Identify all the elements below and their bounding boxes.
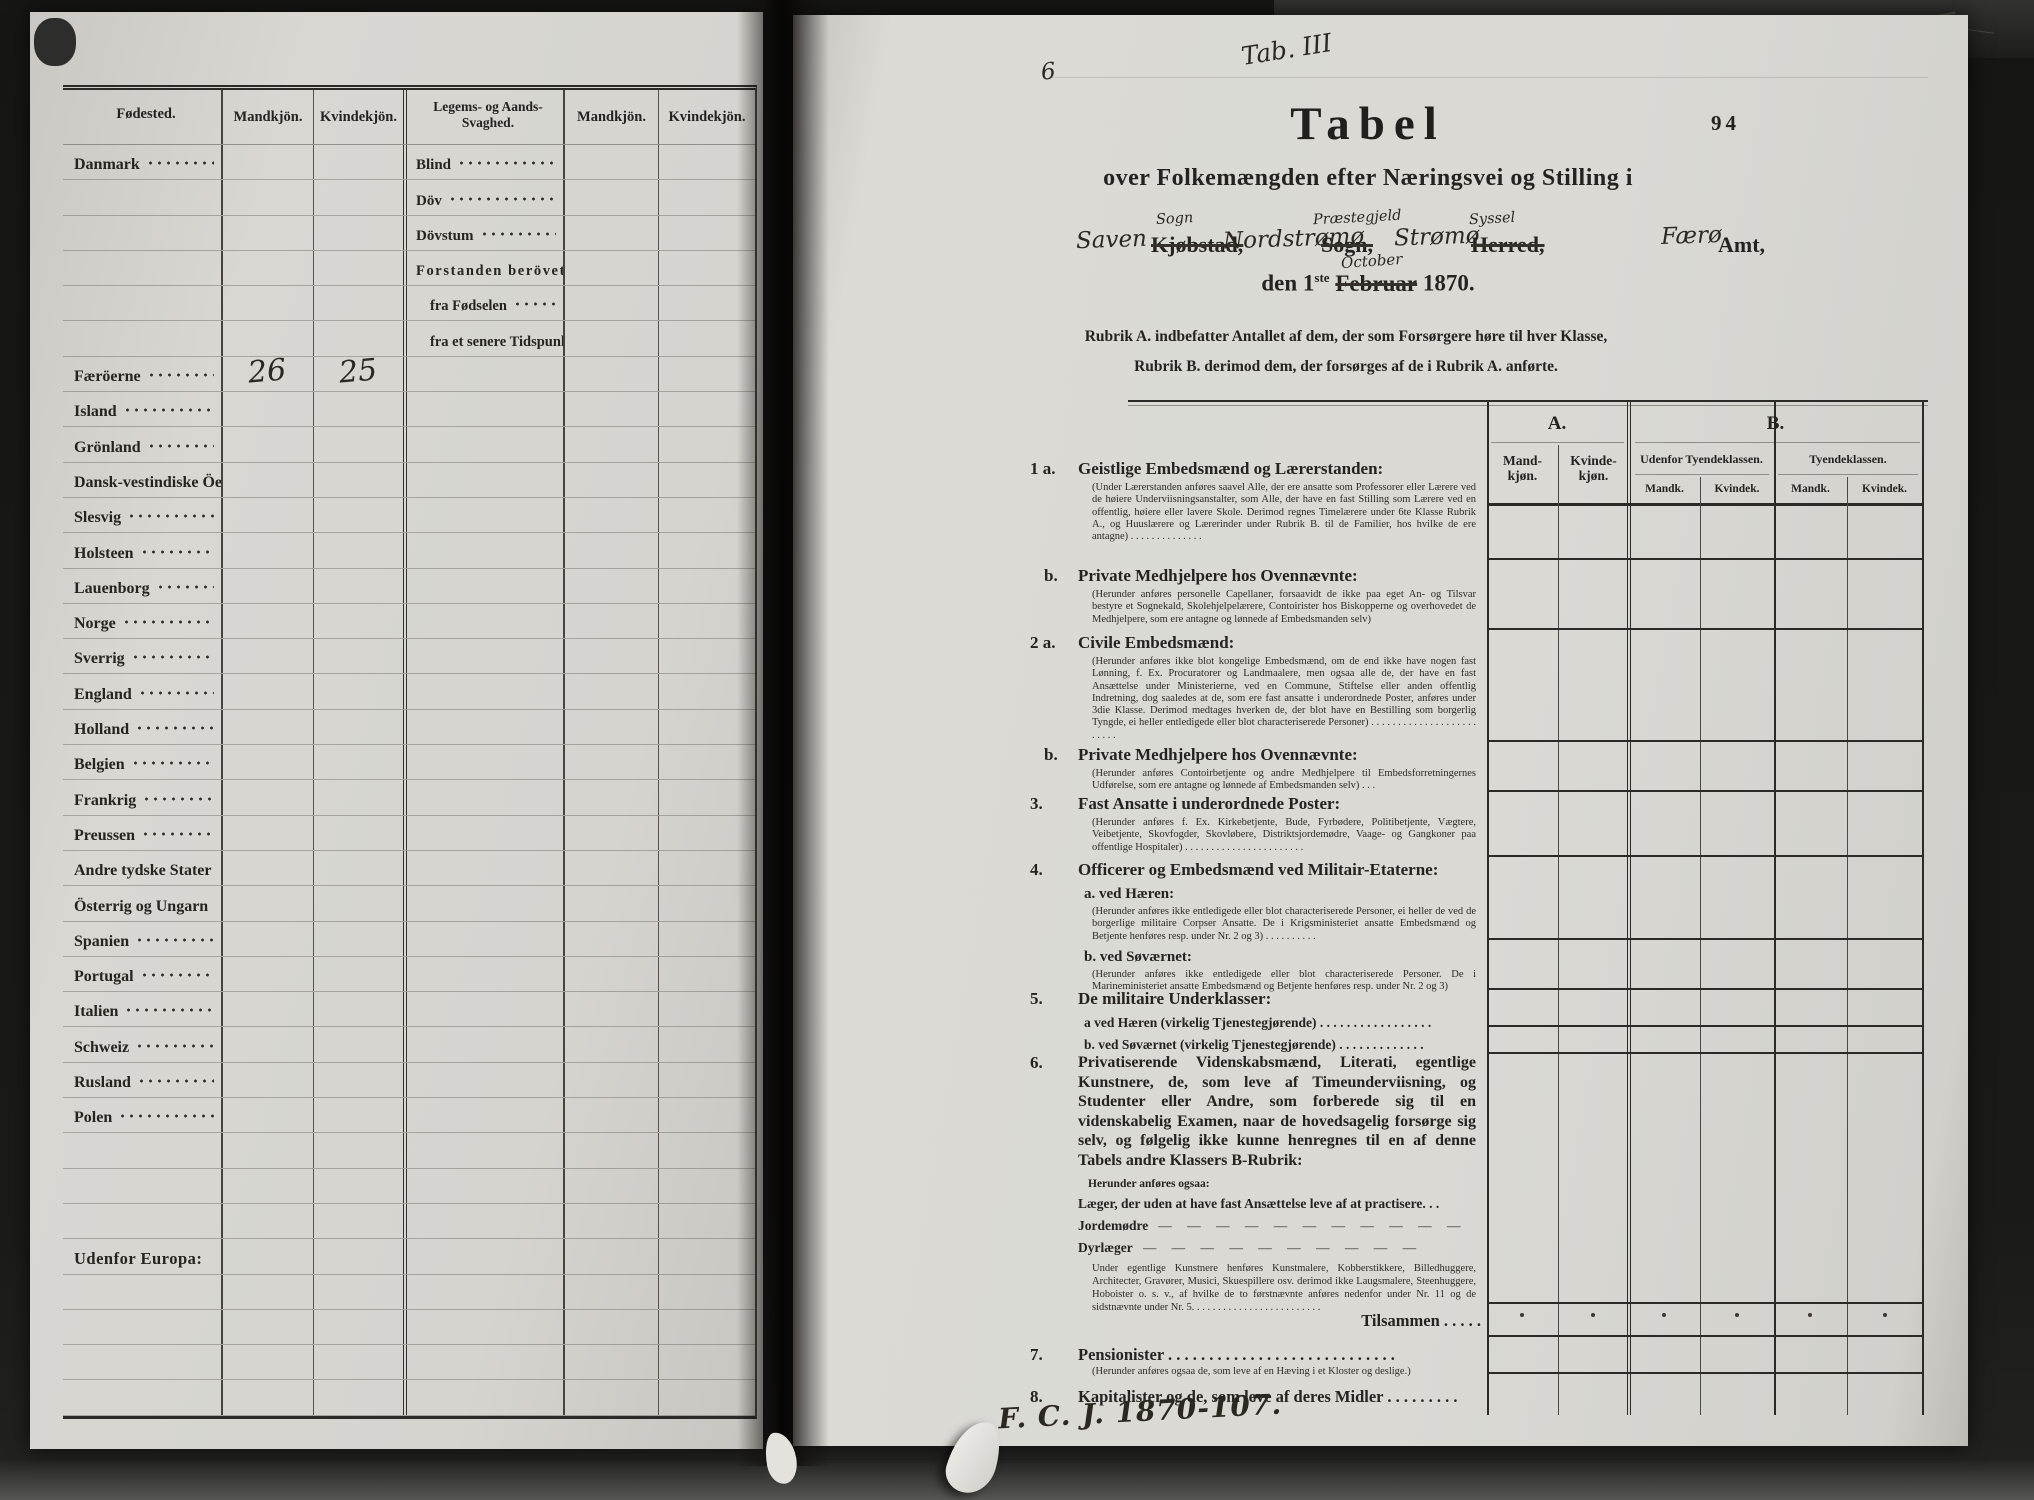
birthplace-label: Andre tydske Stater <box>74 862 211 880</box>
birthplace-cell: Polen <box>63 1098 221 1132</box>
female-count-cell <box>313 710 403 744</box>
birthplace-cell: Österrig og Ungarn <box>63 886 221 920</box>
birthplace-cell <box>63 1345 221 1379</box>
dotted-leader <box>135 726 214 730</box>
male-count-cell: 26 <box>221 357 313 391</box>
row-number: b. <box>1044 745 1058 765</box>
category-row-1a: 1 a. Geistlige Embedsmænd og Lærerstande… <box>1078 459 1476 543</box>
table-row: Norge <box>63 604 755 639</box>
female-count-cell <box>313 1169 403 1203</box>
disability-male-cell <box>563 1063 658 1097</box>
date-prefix: den 1 <box>1261 271 1314 296</box>
item-label: Jordemødre <box>1078 1218 1148 1234</box>
paper-crease <box>1048 77 1928 78</box>
female-count-cell <box>313 1204 403 1238</box>
rubrik-a-note: Rubrik A. indbefatter Antallet af dem, d… <box>911 328 1781 346</box>
scan-artifact <box>34 18 76 66</box>
male-count-cell <box>221 392 313 426</box>
birthplace-cell: Frankrig <box>63 780 221 814</box>
male-count-cell <box>221 992 313 1026</box>
handwritten-tick: · <box>1520 1313 1524 1317</box>
sub-row-a-label: a. ved Hæren: <box>1078 886 1476 903</box>
handwritten-tab-mark: Tab. III <box>1239 28 1334 71</box>
table-row: Lauenborg <box>63 569 755 604</box>
disability-cell <box>403 604 563 638</box>
male-count-cell <box>221 1063 313 1097</box>
female-count-cell <box>313 957 403 991</box>
disability-male-cell <box>563 851 658 885</box>
female-count-cell <box>313 639 403 673</box>
disability-label: Dövstum <box>416 228 474 245</box>
right-page: 6 Tab. III 94 Tabel over Folkemængden ef… <box>793 15 1968 1446</box>
handwritten-district-name: Strømø <box>1394 223 1480 252</box>
disability-cell <box>403 674 563 708</box>
dotted-leader <box>142 797 214 801</box>
category-row-2a: 2 a. Civile Embedsmænd: (Herunder anføre… <box>1078 633 1476 742</box>
birthplace-cell: Danmark <box>63 145 221 179</box>
row-number: 4. <box>1030 860 1043 880</box>
male-count-cell <box>221 1310 313 1344</box>
table-header-row: Fødested. Mandkjön. Kvindekjön. Legems- … <box>63 90 755 145</box>
male-count-cell <box>221 957 313 991</box>
row-note: (Under Lærerstanden anføres saavel Alle,… <box>1078 482 1476 543</box>
date-line: den 1ste October Februar 1870. <box>938 270 1798 297</box>
item-label: Dyrlæger <box>1078 1240 1133 1256</box>
disability-cell <box>403 533 563 567</box>
male-count-cell <box>221 780 313 814</box>
handwritten-tick: · <box>1662 1313 1666 1317</box>
female-count-cell <box>313 604 403 638</box>
row-title: Geistlige Embedsmænd og Lærerstanden: <box>1078 459 1476 479</box>
female-count-cell <box>313 674 403 708</box>
birthplace-cell <box>63 251 221 285</box>
disability-cell <box>403 886 563 920</box>
disability-cell <box>403 1310 563 1344</box>
row-closing-note: Under egentlige Kunstnere henføres Kunst… <box>1078 1262 1476 1314</box>
row-number: 5. <box>1030 989 1043 1009</box>
male-count-cell <box>221 145 313 179</box>
dotted-leader <box>140 973 214 977</box>
disability-male-cell <box>563 1133 658 1167</box>
disability-label: fra et senere Tidspunkt <box>416 334 563 351</box>
female-count-cell <box>313 1380 403 1414</box>
row-separator <box>1487 790 1924 792</box>
birthplace-cell: Preussen <box>63 816 221 850</box>
row-separator <box>1487 740 1924 742</box>
disability-label: fra Fødselen <box>416 298 507 315</box>
dotted-leader <box>135 1044 214 1048</box>
handwritten-county-name: Færø <box>1661 222 1723 250</box>
birthplace-label: Holsteen <box>74 545 134 563</box>
header-bottom-rule <box>1487 503 1924 506</box>
disability-cell <box>403 922 563 956</box>
table-row <box>63 1380 755 1415</box>
birthplace-label: Færöerne <box>74 368 141 386</box>
table-row <box>63 1133 755 1168</box>
birthplace-cell <box>63 1204 221 1238</box>
table-row: Dansk-vestindiske Öer <box>63 463 755 498</box>
row-title: Privatiserende Videnskabsmænd, Literati,… <box>1078 1053 1476 1170</box>
birthplace-cell <box>63 286 221 320</box>
male-count-cell <box>221 886 313 920</box>
birthplace-cell: Italien <box>63 992 221 1026</box>
category-row-3: 3. Fast Ansatte i underordnede Poster: (… <box>1078 794 1476 854</box>
dotted-leader <box>127 514 214 518</box>
row-number: b. <box>1044 566 1058 586</box>
disability-cell <box>403 357 563 391</box>
disability-male-cell <box>563 392 658 426</box>
disability-cell <box>403 1169 563 1203</box>
female-count-cell <box>313 816 403 850</box>
date-year: 1870. <box>1423 271 1475 296</box>
date-ordinal: ste <box>1314 270 1329 285</box>
female-count-cell <box>313 1133 403 1167</box>
category-row-5: 5. De militaire Underklasser: a ved Hære… <box>1078 989 1476 1053</box>
header-male: Mandkjön. <box>221 90 313 144</box>
table-row: Færöerne 26 25 <box>63 357 755 392</box>
row-title: Civile Embedsmænd: <box>1078 633 1476 653</box>
table-row: Döv <box>63 180 755 215</box>
female-count-cell <box>313 251 403 285</box>
female-count-cell <box>313 463 403 497</box>
disability-cell <box>403 639 563 673</box>
row-separator <box>1487 1025 1924 1027</box>
birthplace-label: Schweiz <box>74 1039 129 1057</box>
row-separator <box>1487 1372 1924 1374</box>
male-count-cell <box>221 851 313 885</box>
birthplace-label: Spanien <box>74 933 129 951</box>
birthplace-cell: Holsteen <box>63 533 221 567</box>
disability-male-cell <box>563 674 658 708</box>
disability-cell <box>403 816 563 850</box>
dash-leader: — — — — — — — — — — — <box>1158 1218 1476 1234</box>
disability-male-cell <box>563 922 658 956</box>
grid-vline <box>1847 477 1848 1415</box>
sub-row-a-note: (Herunder anføres ikke entledigede eller… <box>1078 906 1476 943</box>
column-group-a: A. <box>1487 413 1627 435</box>
disability-male-cell <box>563 357 658 391</box>
table-row: Holsteen <box>63 533 755 568</box>
table-row: Sverrig <box>63 639 755 674</box>
disability-cell <box>403 1133 563 1167</box>
male-count-cell <box>221 1098 313 1132</box>
male-count-cell <box>221 1345 313 1379</box>
column-mandk-2: Mandk. <box>1774 483 1847 495</box>
female-count-cell <box>313 1063 403 1097</box>
disability-male-cell <box>563 992 658 1026</box>
column-group-servants: Tyendeklassen. <box>1774 452 1922 467</box>
column-female: Kvinde- kjøn. <box>1558 453 1629 483</box>
male-count-cell <box>221 286 313 320</box>
dotted-leader <box>118 1114 214 1118</box>
sub-row-b-label: b. ved Søværnet: <box>1078 949 1476 966</box>
header-female: Kvindekjön. <box>313 90 403 144</box>
disability-male-cell <box>563 639 658 673</box>
male-count-cell <box>221 533 313 567</box>
birthplace-cell: Færöerne <box>63 357 221 391</box>
male-count-cell <box>221 816 313 850</box>
disability-male-cell <box>563 180 658 214</box>
header-male-2: Mandkjön. <box>563 90 658 144</box>
row-title: Private Medhjelpere hos Ovennævnte: <box>1078 566 1476 586</box>
disability-cell <box>403 569 563 603</box>
row-item-dyrlaeger: Dyrlæger — — — — — — — — — — <box>1078 1240 1476 1256</box>
row-separator <box>1487 855 1924 857</box>
male-count-cell <box>221 321 313 355</box>
group-underline <box>1778 474 1918 475</box>
disability-cell: Döv <box>403 180 563 214</box>
row-separator <box>1487 1335 1924 1337</box>
row-item-laeger: Læger, der uden at have fast Ansættelse … <box>1078 1196 1476 1212</box>
date-month-wrap: October Februar <box>1335 271 1417 297</box>
birthplace-cell: Lauenborg <box>63 569 221 603</box>
table-row: Polen <box>63 1098 755 1133</box>
male-count-cell <box>221 569 313 603</box>
female-count-cell <box>313 780 403 814</box>
male-count-cell <box>221 1027 313 1061</box>
row-separator <box>1487 1052 1924 1054</box>
female-count-cell <box>313 145 403 179</box>
column-mandk-1: Mandk. <box>1629 483 1700 495</box>
row-note: (Herunder anføres Contoirbetjente og and… <box>1078 768 1476 793</box>
dotted-leader <box>156 585 214 589</box>
a-underline <box>1491 442 1624 443</box>
birthplace-cell <box>63 321 221 355</box>
disability-male-cell <box>563 321 658 355</box>
disability-male-cell <box>563 569 658 603</box>
disability-cell <box>403 1275 563 1309</box>
table-row <box>63 1204 755 1239</box>
male-count-cell <box>221 1239 313 1273</box>
handwritten-tick: · <box>1883 1313 1887 1317</box>
disability-cell <box>403 851 563 885</box>
table-row: Forstanden berövet: <box>63 251 755 286</box>
row-number: 6. <box>1030 1053 1043 1073</box>
disability-cell: fra et senere Tidspunkt <box>403 321 563 355</box>
birthplace-label: Dansk-vestindiske Öer <box>74 474 221 492</box>
sub-row-a: a ved Hæren (virkelig Tjenestegjørende) … <box>1078 1015 1476 1031</box>
female-count-cell <box>313 1345 403 1379</box>
row-number: 2 a. <box>1030 633 1056 653</box>
female-count-cell <box>313 851 403 885</box>
row-note: (Herunder anføres ikke blot kongelige Em… <box>1078 656 1476 742</box>
handwritten-place-name: Saven <box>1076 226 1148 254</box>
female-count-cell <box>313 180 403 214</box>
disability-cell <box>403 1027 563 1061</box>
column-kvindek-1: Kvindek. <box>1700 483 1774 495</box>
disability-male-cell <box>563 1169 658 1203</box>
birthplace-label: England <box>74 686 132 704</box>
page-title: Tabel <box>938 97 1798 151</box>
grid-vline <box>1774 400 1776 1415</box>
birthplace-cell <box>63 1310 221 1344</box>
table-row: Preussen <box>63 816 755 851</box>
group-underline <box>1635 474 1769 475</box>
disability-cell <box>403 1380 563 1414</box>
birthplace-label: Island <box>74 403 117 421</box>
category-row-1b: b. Private Medhjelpere hos Ovennævnte: (… <box>1078 566 1476 626</box>
disability-cell <box>403 957 563 991</box>
disability-male-cell <box>563 251 658 285</box>
disability-male-cell <box>563 1310 658 1344</box>
title-block: Tabel over Folkemængden efter Næringsvei… <box>938 97 1798 192</box>
disability-male-cell <box>563 533 658 567</box>
birthplace-label: Portugal <box>74 968 134 986</box>
birthplace-label: Holland <box>74 721 129 739</box>
birthplace-label: Danmark <box>74 156 140 174</box>
disability-cell <box>403 392 563 426</box>
male-count-cell <box>221 1204 313 1238</box>
female-count-cell <box>313 569 403 603</box>
birthplace-cell: Dansk-vestindiske Öer <box>63 463 221 497</box>
page-subtitle: over Folkemængden efter Næringsvei og St… <box>938 165 1798 192</box>
handwritten-tick: · <box>1591 1313 1595 1317</box>
birthplace-cell: England <box>63 674 221 708</box>
disability-male-cell <box>563 145 658 179</box>
handwritten-month-correction: October <box>1341 250 1404 272</box>
table-row: Udenfor Europa: <box>63 1239 755 1274</box>
disability-cell: fra Fødselen <box>403 286 563 320</box>
dotted-leader <box>140 550 214 554</box>
disability-cell <box>403 1239 563 1273</box>
row-number: 7. <box>1030 1345 1043 1365</box>
table-top-rule <box>1128 400 1928 402</box>
column-male: Mand- kjøn. <box>1487 453 1558 483</box>
birthplace-cell <box>63 1169 221 1203</box>
handwritten-male-value: 26 <box>247 357 288 391</box>
table-row: England <box>63 674 755 709</box>
dotted-leader <box>141 832 214 836</box>
table-row: Italien <box>63 992 755 1027</box>
female-count-cell <box>313 1275 403 1309</box>
category-row-7: 7. Pensionister . . . . . . . . . . . . … <box>1078 1345 1476 1378</box>
disability-male-cell <box>563 710 658 744</box>
disability-male-cell <box>563 1275 658 1309</box>
item-label: Læger, der uden at have fast Ansættelse … <box>1078 1196 1439 1212</box>
sub-row-b: b. ved Søværnet (virkelig Tjenestegjøren… <box>1078 1037 1476 1053</box>
disability-cell: Blind <box>403 145 563 179</box>
male-count-cell <box>221 604 313 638</box>
disability-male-cell <box>563 1027 658 1061</box>
disability-cell: Forstanden berövet: <box>403 251 563 285</box>
female-count-cell <box>313 1310 403 1344</box>
table-row <box>63 1169 755 1204</box>
dotted-leader <box>138 691 214 695</box>
table-row <box>63 1275 755 1310</box>
female-count-cell <box>313 1098 403 1132</box>
male-count-cell <box>221 1380 313 1414</box>
tilsammen-label: Tilsammen . . . . . <box>1223 1311 1481 1331</box>
dotted-leader <box>147 444 214 448</box>
male-count-cell <box>221 180 313 214</box>
female-count-cell <box>313 886 403 920</box>
birthplace-cell <box>63 216 221 250</box>
table-row: Andre tydske Stater <box>63 851 755 886</box>
male-count-cell <box>221 1275 313 1309</box>
birthplace-cell: Spanien <box>63 922 221 956</box>
disability-cell <box>403 992 563 1026</box>
scanned-census-spread: { "colors": { "paper": "#d8d7d2", "ink":… <box>0 0 2034 1500</box>
female-count-cell <box>313 922 403 956</box>
birthplace-label: Preussen <box>74 827 135 845</box>
male-count-cell <box>221 710 313 744</box>
disability-cell <box>403 463 563 497</box>
printed-amt-label: Amt, <box>1718 232 1765 258</box>
row-separator <box>1487 938 1924 940</box>
male-count-cell <box>221 1133 313 1167</box>
dotted-leader <box>480 232 556 236</box>
row-title: Pensionister . . . . . . . . . . . . . .… <box>1078 1345 1476 1365</box>
male-count-cell <box>221 639 313 673</box>
rubrik-b-note: Rubrik B. derimod dem, der forsørges af … <box>911 358 1781 376</box>
row-note: (Herunder anføres personelle Capellaner,… <box>1078 589 1476 626</box>
table-row: fra et senere Tidspunkt <box>63 321 755 356</box>
birthplace-label: Norge <box>74 615 116 633</box>
row-separator <box>1487 1302 1924 1304</box>
disability-label: Forstanden berövet: <box>416 263 563 280</box>
row-note: (Herunder anføres f. Ex. Kirkebetjente, … <box>1078 817 1476 854</box>
disability-male-cell <box>563 1098 658 1132</box>
table-row: Holland <box>63 710 755 745</box>
disability-male-cell <box>563 957 658 991</box>
male-count-cell <box>221 674 313 708</box>
table-row: fra Fødselen <box>63 286 755 321</box>
handwritten-correction: Præstegjeld <box>1313 208 1402 229</box>
female-count-cell <box>313 216 403 250</box>
birthplace-cell: Belgien <box>63 745 221 779</box>
disability-cell <box>403 1098 563 1132</box>
disability-male-cell <box>563 427 658 461</box>
table-row: Belgien <box>63 745 755 780</box>
table-row: Österrig og Ungarn <box>63 886 755 921</box>
birthplace-cell: Andre tydske Stater <box>63 851 221 885</box>
disability-male-cell <box>563 498 658 532</box>
left-page: Fødested. Mandkjön. Kvindekjön. Legems- … <box>30 12 763 1449</box>
disability-label: Döv <box>416 193 442 210</box>
header-birthplace: Fødested. <box>63 90 221 144</box>
birthplace-cell: Rusland <box>63 1063 221 1097</box>
handwritten-correction: Sogn <box>1156 210 1194 228</box>
female-count-cell <box>313 498 403 532</box>
disability-male-cell <box>563 604 658 638</box>
printed-struck-month: Februar <box>1335 271 1417 296</box>
disability-male-cell <box>563 1380 658 1414</box>
handwritten-female-value: 25 <box>337 357 378 391</box>
female-count-cell <box>313 286 403 320</box>
birthplace-label: Lauenborg <box>74 580 150 598</box>
column-group-b: B. <box>1629 413 1922 435</box>
category-row-2b: b. Private Medhjelpere hos Ovennævnte: (… <box>1078 745 1476 793</box>
row-note: (Herunder anføres ogsaa de, som leve af … <box>1078 1366 1476 1378</box>
female-count-cell <box>313 992 403 1026</box>
birthplace-cell: Portugal <box>63 957 221 991</box>
birthplace-label: Rusland <box>74 1074 131 1092</box>
dotted-leader <box>137 1079 214 1083</box>
disability-male-cell <box>563 780 658 814</box>
table-row: Island <box>63 392 755 427</box>
female-count-cell <box>313 427 403 461</box>
birthplace-disability-table: Fødested. Mandkjön. Kvindekjön. Legems- … <box>63 85 757 1419</box>
birthplace-label: Slesvig <box>74 509 121 527</box>
handwritten-tick: · <box>1808 1313 1812 1317</box>
dotted-leader <box>123 408 214 412</box>
birthplace-cell: Island <box>63 392 221 426</box>
table-row: Dövstum <box>63 216 755 251</box>
printed-struck-word: Herred, <box>1471 232 1545 258</box>
disability-cell <box>403 780 563 814</box>
b-underline <box>1635 442 1920 443</box>
disability-cell <box>403 427 563 461</box>
